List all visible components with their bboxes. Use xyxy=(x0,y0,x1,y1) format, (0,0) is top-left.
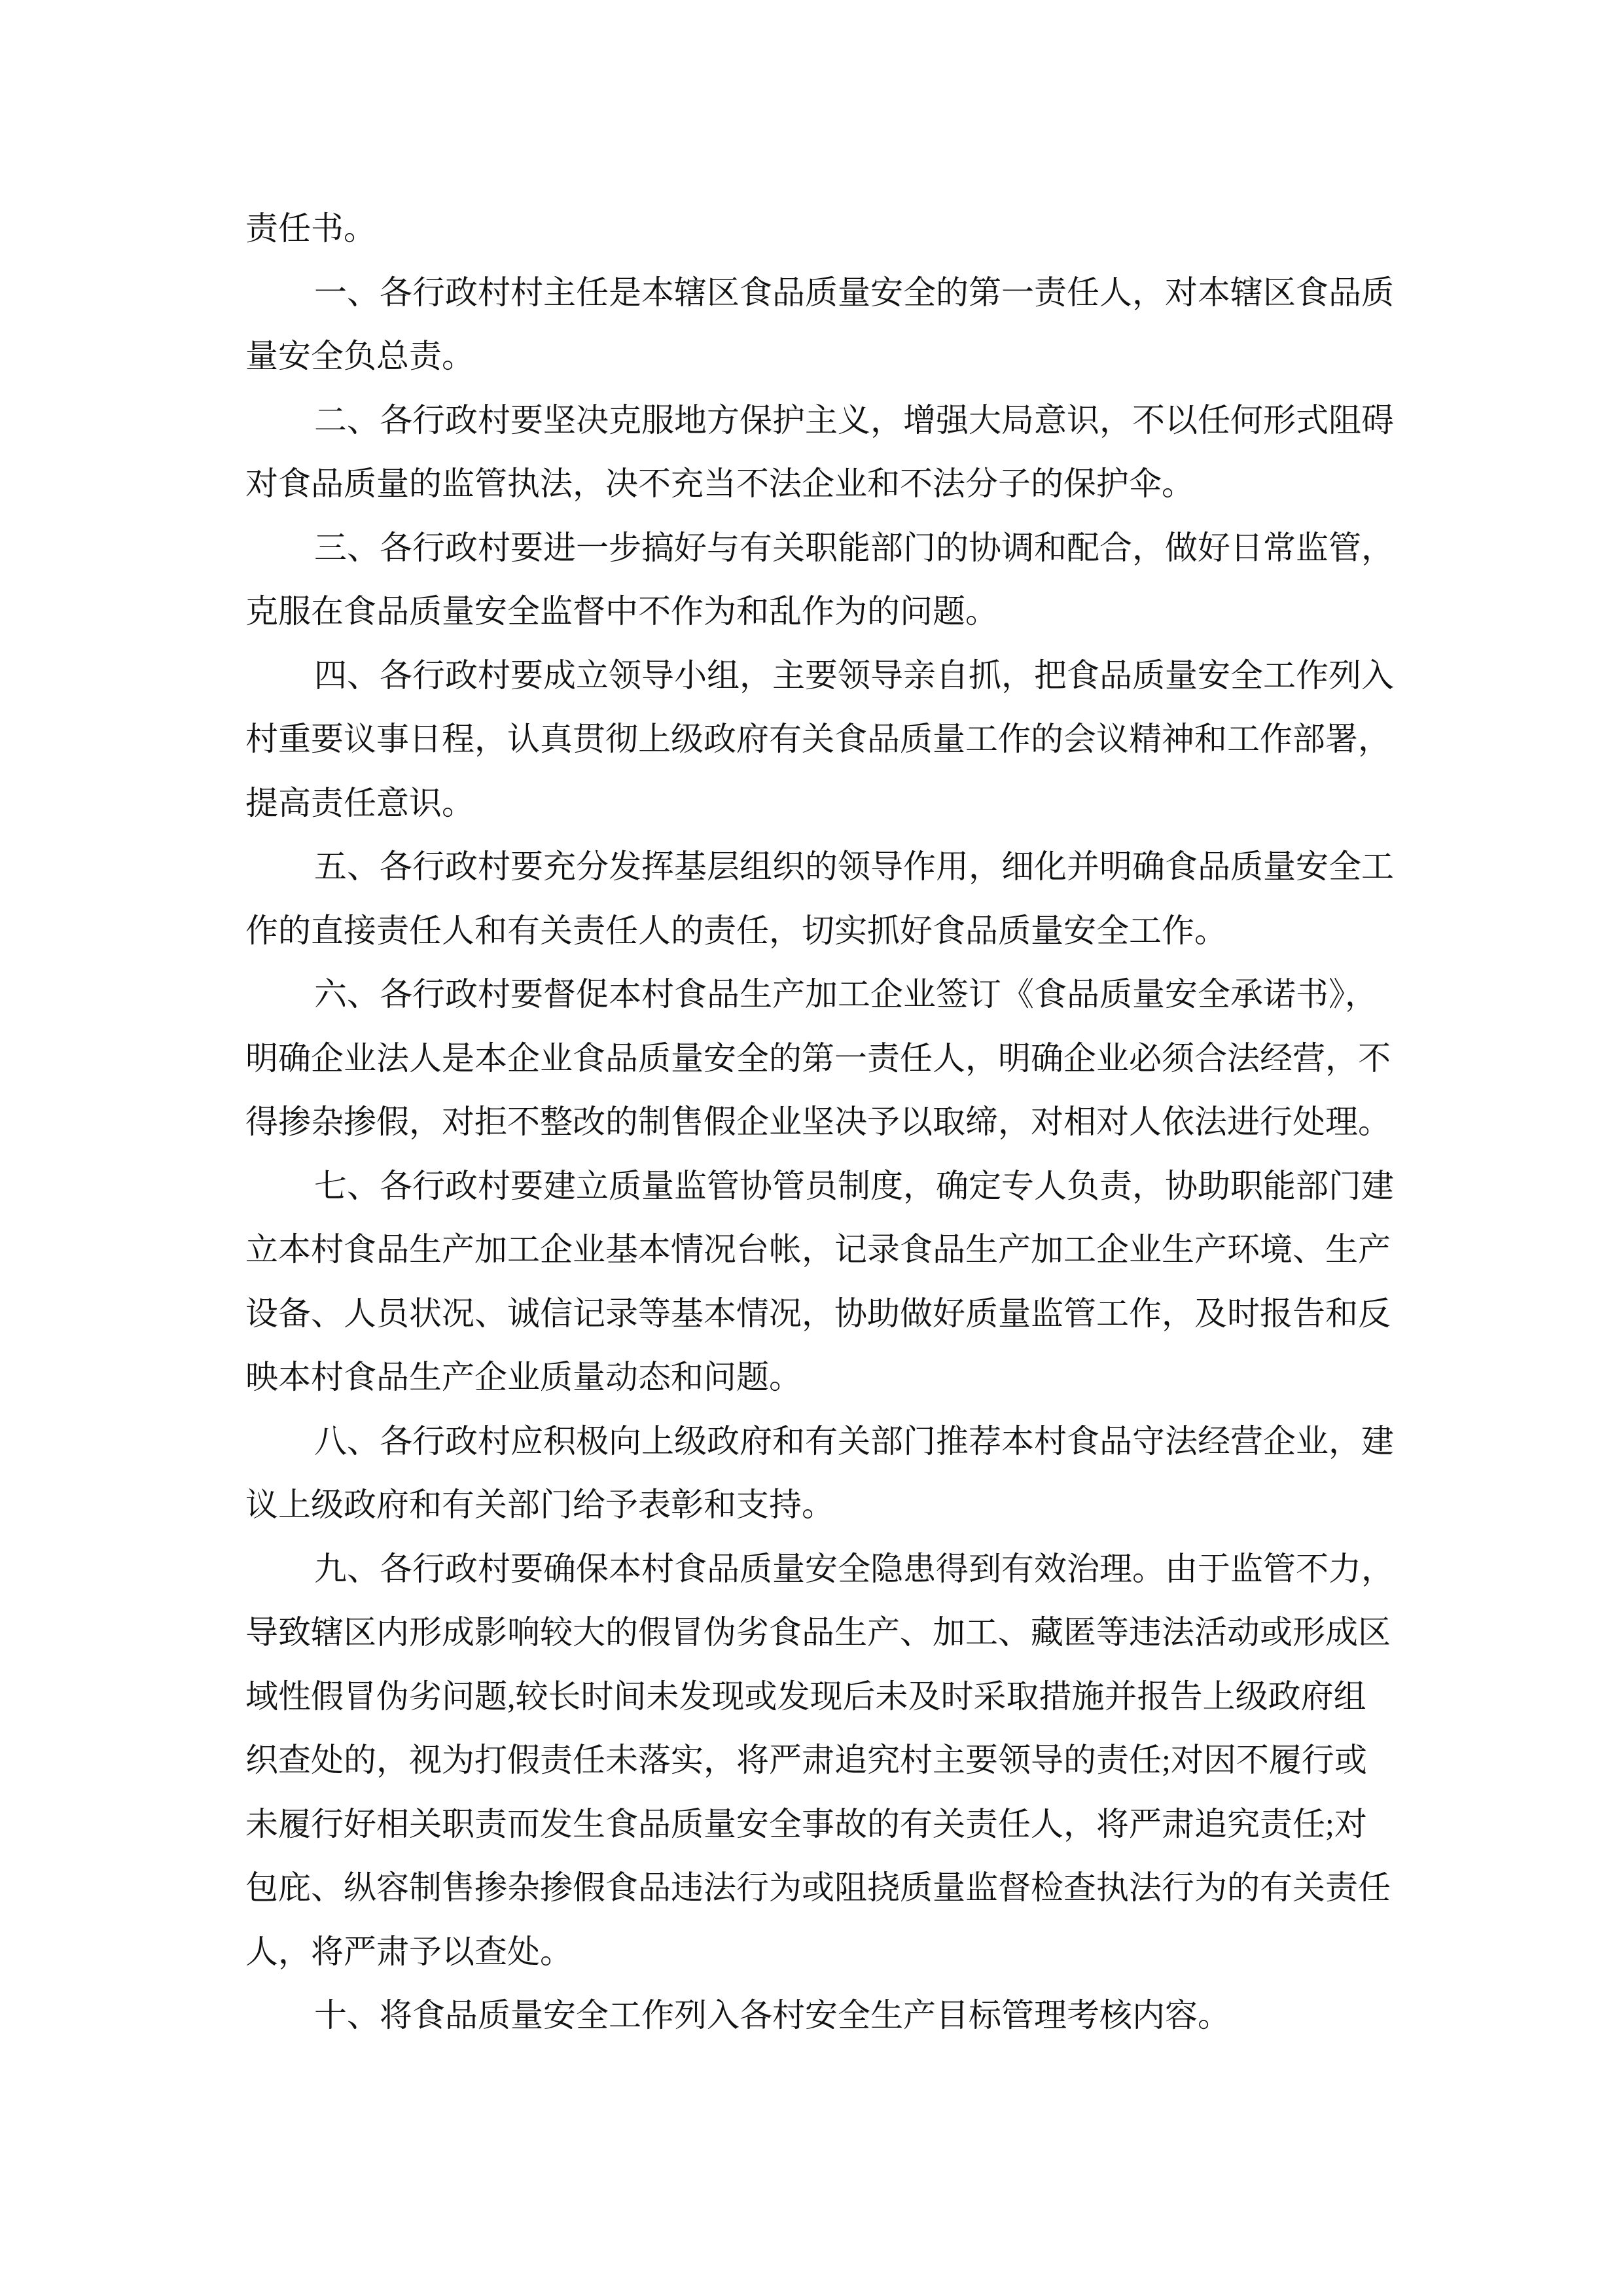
document-page: 责任书。一、各行政村村主任是本辖区食品质量安全的第一责任人，对本辖区食品质量安全… xyxy=(0,0,1623,2296)
text-line-16: 七、各行政村要建立质量监管协管员制度，确定专人负责，协助职能部门建 xyxy=(245,1155,1397,1219)
text-line-23: 导致辖区内形成影响较大的假冒伪劣食品生产、加工、藏匿等违法活动或形成区 xyxy=(245,1601,1397,1665)
text-line-13: 六、各行政村要督促本村食品生产加工企业签订《食品质量安全承诺书》， xyxy=(245,963,1397,1027)
text-line-29: 十、将食品质量安全工作列入各村安全生产目标管理考核内容。 xyxy=(245,1984,1397,2048)
text-line-11: 五、各行政村要充分发挥基层组织的领导作用，细化并明确食品质量安全工 xyxy=(245,835,1397,899)
text-line-2: 一、各行政村村主任是本辖区食品质量安全的第一责任人，对本辖区食品质 xyxy=(245,261,1397,325)
text-line-21: 议上级政府和有关部门给予表彰和支持。 xyxy=(245,1473,1397,1537)
text-line-14: 明确企业法人是本企业食品质量安全的第一责任人，明确企业必须合法经营，不 xyxy=(245,1027,1397,1091)
text-line-7: 克服在食品质量安全监督中不作为和乱作为的问题。 xyxy=(245,580,1397,644)
text-line-15: 得掺杂掺假，对拒不整改的制售假企业坚决予以取缔，对相对人依法进行处理。 xyxy=(245,1090,1397,1155)
text-line-17: 立本村食品生产加工企业基本情况台帐，记录食品生产加工企业生产环境、生产 xyxy=(245,1218,1397,1282)
text-line-12: 作的直接责任人和有关责任人的责任，切实抓好食品质量安全工作。 xyxy=(245,899,1397,963)
text-line-19: 映本村食品生产企业质量动态和问题。 xyxy=(245,1346,1397,1410)
text-line-22: 九、各行政村要确保本村食品质量安全隐患得到有效治理。由于监管不力， xyxy=(245,1537,1397,1602)
text-line-10: 提高责任意识。 xyxy=(245,772,1397,836)
text-line-28: 人，将严肃予以查处。 xyxy=(245,1920,1397,1984)
text-line-25: 织查处的，视为打假责任未落实，将严肃追究村主要领导的责任;对因不履行或 xyxy=(245,1729,1397,1793)
text-line-24: 域性假冒伪劣问题,较长时间未发现或发现后未及时采取措施并报告上级政府组 xyxy=(245,1665,1397,1729)
text-line-9: 村重要议事日程，认真贯彻上级政府有关食品质量工作的会议精神和工作部署， xyxy=(245,708,1397,772)
text-line-20: 八、各行政村应积极向上级政府和有关部门推荐本村食品守法经营企业，建 xyxy=(245,1410,1397,1474)
text-line-1: 责任书。 xyxy=(245,197,1397,261)
text-line-8: 四、各行政村要成立领导小组，主要领导亲自抓，把食品质量安全工作列入 xyxy=(245,644,1397,708)
text-line-27: 包庇、纵容制售掺杂掺假食品违法行为或阻挠质量监督检查执法行为的有关责任 xyxy=(245,1856,1397,1920)
text-line-26: 未履行好相关职责而发生食品质量安全事故的有关责任人，将严肃追究责任;对 xyxy=(245,1793,1397,1857)
text-line-6: 三、各行政村要进一步搞好与有关职能部门的协调和配合，做好日常监管， xyxy=(245,516,1397,581)
text-line-18: 设备、人员状况、诚信记录等基本情况，协助做好质量监管工作，及时报告和反 xyxy=(245,1282,1397,1346)
text-line-5: 对食品质量的监管执法，决不充当不法企业和不法分子的保护伞。 xyxy=(245,452,1397,516)
text-line-4: 二、各行政村要坚决克服地方保护主义，增强大局意识，不以任何形式阻碍 xyxy=(245,389,1397,453)
text-line-3: 量安全负总责。 xyxy=(245,325,1397,389)
document-body: 责任书。一、各行政村村主任是本辖区食品质量安全的第一责任人，对本辖区食品质量安全… xyxy=(245,197,1397,2048)
